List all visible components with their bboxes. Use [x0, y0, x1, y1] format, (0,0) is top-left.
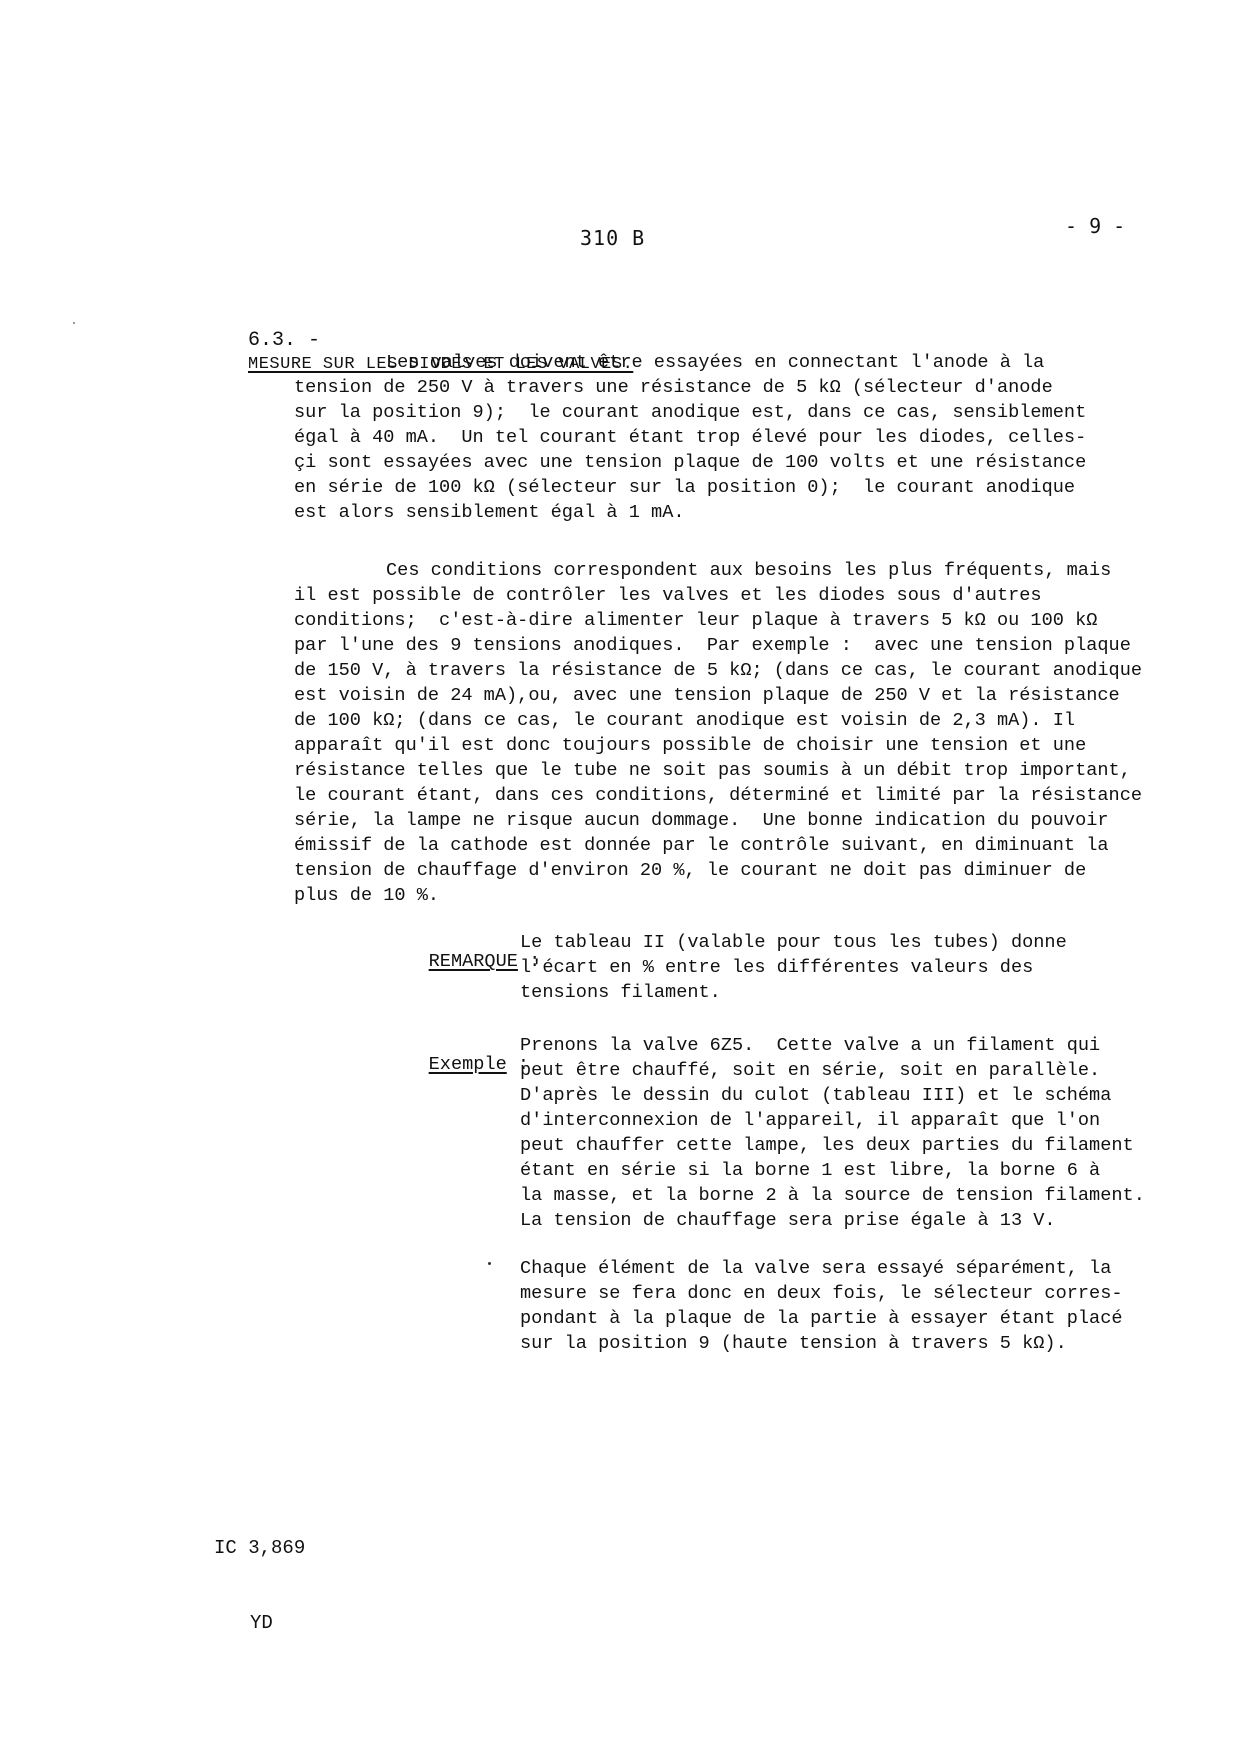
page-number: - 9 - — [1065, 214, 1125, 238]
document-page: 310 B - 9 - 6.3. - MESURE SUR LES DIODES… — [0, 0, 1240, 1754]
document-code: 310 B — [580, 226, 645, 250]
text-line: tensions filament. — [520, 980, 1067, 1005]
remarque-body: Le tableau II (valable pour tous les tub… — [520, 930, 1067, 1005]
paragraph-conditions: Ces conditions correspondent aux besoins… — [294, 558, 1142, 908]
text-line: d'interconnexion de l'appareil, il appar… — [520, 1108, 1145, 1133]
scan-speck — [73, 322, 75, 324]
text-line: est voisin de 24 mA),ou, avec une tensio… — [294, 683, 1142, 708]
text-line: plus de 10 %. — [294, 883, 1142, 908]
text-line: mesure se fera donc en deux fois, le sél… — [520, 1281, 1123, 1306]
text-line: tension de chauffage d'environ 20 %, le … — [294, 858, 1142, 883]
exemple-label: Exemple : — [384, 1033, 529, 1096]
text-line: pondant à la plaque de la partie à essay… — [520, 1306, 1123, 1331]
footer-reference: IC 3,869 YD — [214, 1486, 305, 1686]
paragraph-valves-test: Les valves doivent être essayées en conn… — [294, 350, 1086, 525]
text-line: résistance telles que le tube ne soit pa… — [294, 758, 1142, 783]
text-line: apparaît qu'il est donc toujours possibl… — [294, 733, 1142, 758]
text-line: La tension de chauffage sera prise égale… — [520, 1208, 1145, 1233]
text-line: le courant étant, dans ces conditions, d… — [294, 783, 1142, 808]
remarque-label: REMARQUE : — [384, 930, 540, 993]
text-line: est alors sensiblement égal à 1 mA. — [294, 500, 1086, 525]
text-line: çi sont essayées avec une tension plaque… — [294, 450, 1086, 475]
text-line: peut être chauffé, soit en série, soit e… — [520, 1058, 1145, 1083]
typist-initials: YD — [214, 1611, 305, 1636]
text-line: il est possible de contrôler les valves … — [294, 583, 1142, 608]
text-line: Chaque élément de la valve sera essayé s… — [520, 1256, 1123, 1281]
text-line: étant en série si la borne 1 est libre, … — [520, 1158, 1145, 1183]
text-line: tension de 250 V à travers une résistanc… — [294, 375, 1086, 400]
text-line: émissif de la cathode est donnée par le … — [294, 833, 1142, 858]
text-line: peut chauffer cette lampe, les deux part… — [520, 1133, 1145, 1158]
text-line: de 100 kΩ; (dans ce cas, le courant anod… — [294, 708, 1142, 733]
text-line: série, la lampe ne risque aucun dommage.… — [294, 808, 1142, 833]
remarque-label-text: REMARQUE — [429, 951, 518, 972]
text-line: sur la position 9 (haute tension à trave… — [520, 1331, 1123, 1356]
text-line: égal à 40 mA. Un tel courant étant trop … — [294, 425, 1086, 450]
exemple-body: Prenons la valve 6Z5. Cette valve a un f… — [520, 1033, 1145, 1233]
text-line: Les valves doivent être essayées en conn… — [294, 350, 1086, 375]
section-number: 6.3. - — [248, 329, 320, 352]
text-line: D'après le dessin du culot (tableau III)… — [520, 1083, 1145, 1108]
text-line: l'écart en % entre les différentes valeu… — [520, 955, 1067, 980]
text-line: Prenons la valve 6Z5. Cette valve a un f… — [520, 1033, 1145, 1058]
text-line: sur la position 9); le courant anodique … — [294, 400, 1086, 425]
scan-speck — [488, 1262, 491, 1265]
text-line: de 150 V, à travers la résistance de 5 k… — [294, 658, 1142, 683]
text-line: conditions; c'est-à-dire alimenter leur … — [294, 608, 1142, 633]
text-line: en série de 100 kΩ (sélecteur sur la pos… — [294, 475, 1086, 500]
exemple-label-text: Exemple — [429, 1054, 507, 1075]
exemple-continuation: Chaque élément de la valve sera essayé s… — [520, 1256, 1123, 1356]
text-line: la masse, et la borne 2 à la source de t… — [520, 1183, 1145, 1208]
reference-code: IC 3,869 — [214, 1536, 305, 1561]
text-line: Le tableau II (valable pour tous les tub… — [520, 930, 1067, 955]
text-line: Ces conditions correspondent aux besoins… — [294, 558, 1142, 583]
text-line: par l'une des 9 tensions anodiques. Par … — [294, 633, 1142, 658]
